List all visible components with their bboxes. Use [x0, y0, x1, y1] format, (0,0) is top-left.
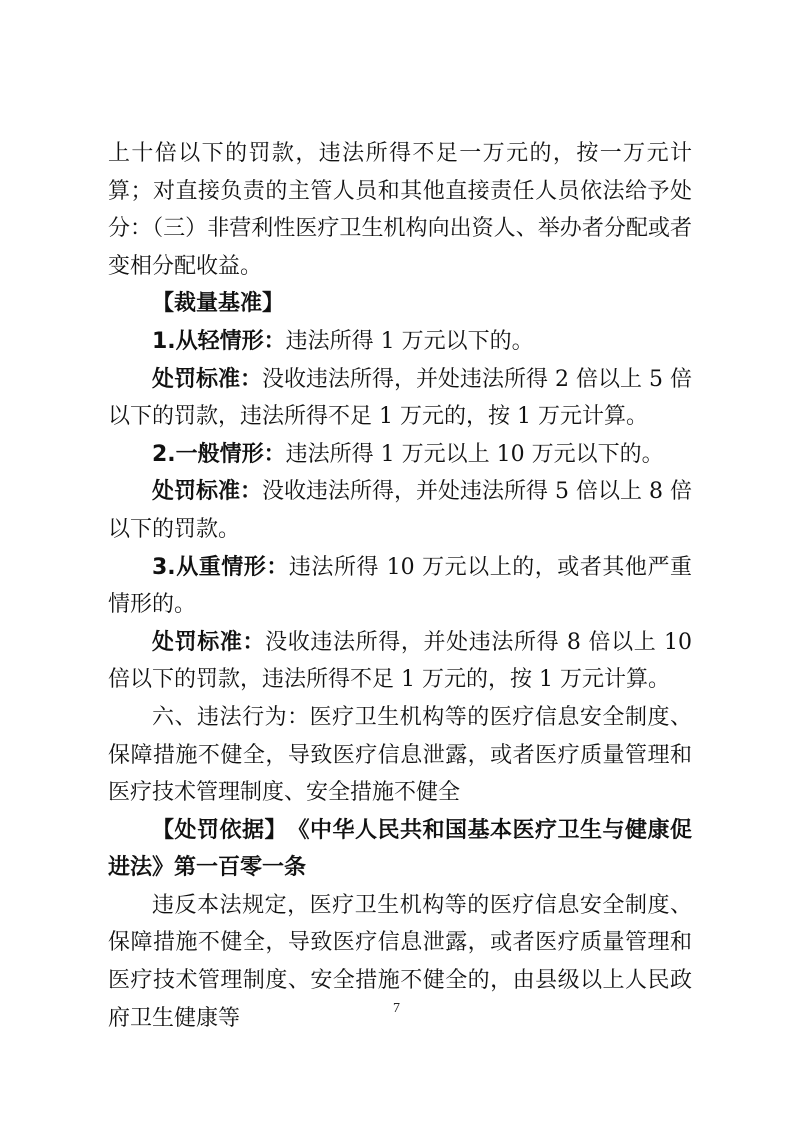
paragraph-lenient-penalty: 处罚标准：没收违法所得，并处违法所得 2 倍以上 5 倍以下的罚款，违法所得不足… — [108, 361, 692, 436]
document-body: 上十倍以下的罚款，违法所得不足一万元的，按一万元计算；对直接负责的主管人员和其他… — [108, 135, 692, 1037]
case-label: 2.一般情形： — [152, 442, 286, 467]
case-text: 违法所得 1 万元以下的。 — [286, 329, 534, 354]
paragraph-severe-case: 3.从重情形：违法所得 10 万元以上的，或者其他严重情形的。 — [108, 549, 692, 624]
heading-discretion-standard: 【裁量基准】 — [108, 285, 692, 323]
penalty-label: 处罚标准： — [152, 479, 262, 504]
penalty-label: 处罚标准： — [152, 630, 265, 655]
heading-penalty-basis: 【处罚依据】 《中华人民共和国基本医疗卫生与健康促进法》第一百零一条 — [108, 812, 692, 887]
penalty-label: 处罚标准： — [152, 367, 262, 392]
paragraph-general-case: 2.一般情形：违法所得 1 万元以上 10 万元以下的。 — [108, 436, 692, 474]
paragraph-violation-six: 六、违法行为：医疗卫生机构等的医疗信息安全制度、保障措施不健全，导致医疗信息泄露… — [108, 699, 692, 812]
document-page: 上十倍以下的罚款，违法所得不足一万元的，按一万元计算；对直接负责的主管人员和其他… — [0, 0, 793, 1122]
case-label: 1.从轻情形： — [152, 329, 286, 354]
basis-text: 【处罚依据】 《中华人民共和国基本医疗卫生与健康促进法》第一百零一条 — [108, 818, 692, 881]
paragraph-text: 上十倍以下的罚款，违法所得不足一万元的，按一万元计算；对直接负责的主管人员和其他… — [108, 141, 692, 279]
case-label: 3.从重情形： — [152, 555, 289, 580]
case-text: 违法所得 1 万元以上 10 万元以下的。 — [286, 442, 664, 467]
paragraph-general-penalty: 处罚标准：没收违法所得，并处违法所得 5 倍以上 8 倍以下的罚款。 — [108, 473, 692, 548]
paragraph-severe-penalty: 处罚标准：没收违法所得，并处违法所得 8 倍以上 10 倍以下的罚款，违法所得不… — [108, 624, 692, 699]
paragraph-penalty-continuation: 上十倍以下的罚款，违法所得不足一万元的，按一万元计算；对直接负责的主管人员和其他… — [108, 135, 692, 285]
paragraph-lenient-case: 1.从轻情形：违法所得 1 万元以下的。 — [108, 323, 692, 361]
violation-text: 六、违法行为：医疗卫生机构等的医疗信息安全制度、保障措施不健全，导致医疗信息泄露… — [108, 705, 692, 805]
heading-text: 【裁量基准】 — [152, 291, 284, 316]
page-number: 7 — [0, 1001, 793, 1017]
